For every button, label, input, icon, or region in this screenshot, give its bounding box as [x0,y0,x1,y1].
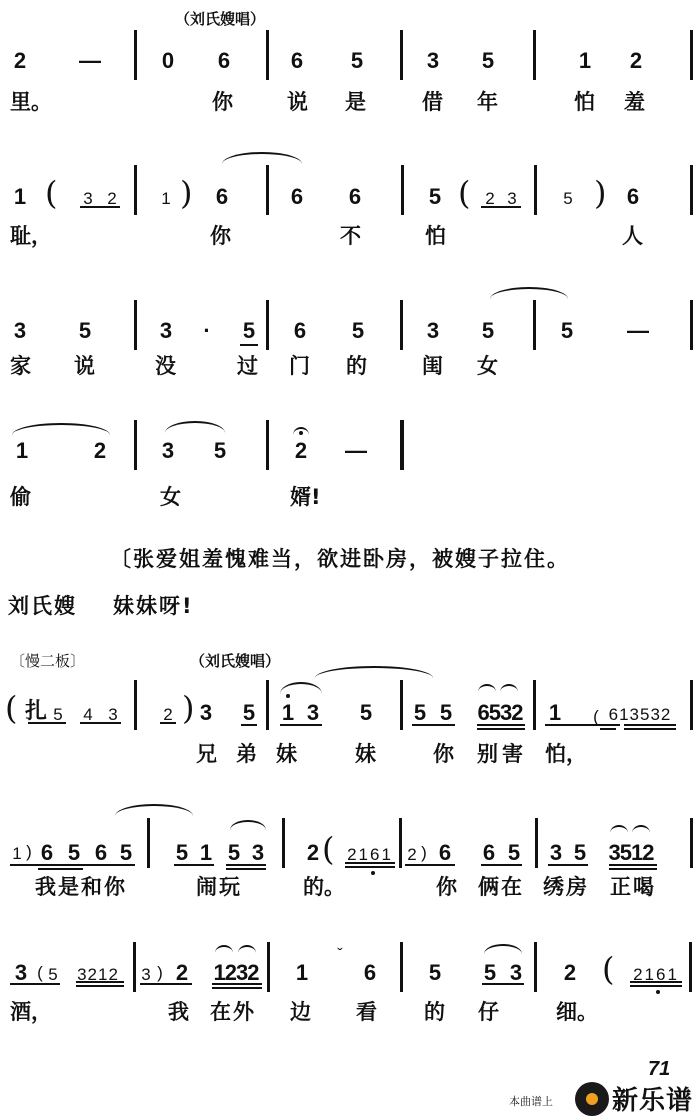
lyric: 妹 [355,742,376,766]
note: 2 [176,962,188,984]
slur [165,421,225,433]
note: 3 [427,50,439,72]
paren-close: ) [182,692,194,724]
lyric: 怕 [425,224,446,248]
note: 2 [307,842,319,864]
note: 6 [95,842,107,864]
note: 6 [294,320,306,342]
underline [630,981,682,983]
note: 5 [243,702,255,724]
source-note: 本曲谱上 [509,1093,553,1109]
note: 1 [296,962,308,984]
barline [266,420,269,470]
barline [401,165,404,215]
lyric: 没 [155,354,176,378]
site-logo-text: 新乐谱 [612,1080,693,1117]
octave-dot [286,694,290,698]
note: 5 [243,320,255,342]
lyric: 妹 [276,742,297,766]
barline [689,942,692,992]
underline [481,864,522,866]
barline [134,680,137,730]
note-group: 6532 [478,702,523,724]
note: 5 [352,320,364,342]
slur [490,287,568,299]
barline [133,942,136,992]
lyric: 正喝 [610,875,656,899]
singer-cue: （刘氏嫂唱） [190,650,280,671]
note: 5 [574,842,586,864]
lyric: 的。 [303,875,345,899]
note: 2 [14,50,26,72]
barline [690,818,693,868]
paren-open: ( [37,962,43,984]
note-group: 1232 [214,962,259,984]
note: 5 [440,702,452,724]
slur [500,684,518,692]
barline [400,300,403,350]
note: 6 [216,186,228,208]
note: 1 [579,50,591,72]
underline [477,728,525,730]
paren-close: ) [594,177,606,209]
slur [280,682,322,694]
note: 6 [291,186,303,208]
underline [345,866,395,868]
note: 6 [349,186,361,208]
lyric: 家 [10,354,31,378]
note: 5 [176,842,188,864]
note: 3 [510,962,522,984]
lyric: 你 [436,875,457,899]
slur [230,820,266,830]
lyric: 别 [477,742,498,766]
barline [690,30,693,80]
note-fermata: 2 [295,440,307,462]
underline [76,985,124,987]
underline [212,983,262,985]
slur [478,684,496,692]
lyric: 说 [74,354,95,378]
underline [80,206,120,208]
underline [548,864,588,866]
underline [140,983,192,985]
lyric: 说 [287,90,308,114]
barline [282,818,285,868]
paren-close: ) [157,962,163,984]
barline [533,300,536,350]
vinyl-disc-icon [575,1082,609,1116]
zha-syllable: 扎 [25,700,47,722]
barline [400,942,403,992]
note: 5 [414,702,426,724]
paren-close: ) [180,177,192,209]
barline [535,818,538,868]
lyric: 女 [477,354,498,378]
note: 1 [16,440,28,462]
note-group: 613532 [609,704,672,726]
lyric: 你 [433,742,454,766]
lyric: 细。 [556,1000,598,1024]
barline [690,165,693,215]
underline [624,724,676,726]
underline [482,983,524,985]
lyric: 人 [622,224,643,248]
note: 6 [218,50,230,72]
barline [690,680,693,730]
note: 1 [161,188,170,210]
stage-direction: 〔张爱姐羞愧难当，欲进卧房，被嫂子拉住。 [110,543,570,573]
lyric: 闺 [422,354,443,378]
note-dash: — [627,320,649,342]
lyric: 门 [289,354,310,378]
lyric: 你 [210,224,231,248]
lyric: 不 [340,224,361,248]
underline [609,864,657,866]
breath-mark: ˇ [337,944,343,966]
slur [222,152,302,164]
slur [215,945,233,953]
lyric: 边 [290,1000,311,1024]
underline [412,724,455,726]
lyric: 年 [477,90,498,114]
slur [484,944,522,954]
lyric: 借 [422,90,443,114]
underline [345,862,395,864]
underline [241,724,257,726]
barline [266,30,269,80]
singer-cue: （刘氏嫂唱） [175,8,265,29]
barline [266,165,269,215]
barline [534,942,537,992]
underline [226,868,266,870]
barline [399,818,402,868]
paren-open: ( [458,177,470,209]
note: 1 [549,702,561,724]
note: 3 [15,962,27,984]
underline [10,864,135,866]
note: 3 [14,320,26,342]
underline [80,722,121,724]
page-number: 71 [648,1058,670,1081]
underline [477,724,525,726]
note: 3 [307,702,319,724]
underline [28,722,66,724]
fermata-dot [299,431,303,435]
slur [12,423,110,435]
underline [481,206,521,208]
lyric: 我是和你 [35,875,127,899]
paren-open: ( [5,692,17,724]
underline [609,868,657,870]
paren-open: ( [593,706,599,728]
note: 5 [563,188,572,210]
note: 6 [364,962,376,984]
tempo-marking: 〔慢二板〕 [10,650,85,671]
underline [76,981,124,983]
note: 3 [162,440,174,462]
lyric: 酒， [10,1000,52,1024]
note: 6 [291,50,303,72]
lyric: 里。 [10,90,52,114]
speaker-name: 刘氏嫂 [8,590,77,620]
paren-open: ( [322,833,334,865]
paren-close: ) [421,842,427,864]
barline [266,680,269,730]
barline [134,165,137,215]
note: 1 [12,843,21,865]
spoken-text: 妹妹呀! [113,590,194,620]
barline [134,30,137,80]
slur [610,825,628,833]
lyric: 过 [237,354,258,378]
underline [600,728,616,730]
paren-open: ( [602,953,614,985]
lyric: 仔 [478,1000,499,1024]
note: 1 [14,186,26,208]
note: 2 [94,440,106,462]
note-dot: · [203,320,210,342]
note: 2 [630,50,642,72]
note: 5 [484,962,496,984]
note: 3 [160,320,172,342]
underline [600,724,620,726]
lyric: 的 [346,354,367,378]
barline [267,942,270,992]
underline [160,722,176,724]
slur [632,825,650,833]
barline [134,300,137,350]
note: 5 [360,702,372,724]
lyric: 你 [212,90,233,114]
note: 3 [550,842,562,864]
note: 3 [427,320,439,342]
barline [400,680,403,730]
note: 6 [439,842,451,864]
paren-open: ( [45,177,57,209]
note: 2 [407,844,416,866]
lyric: 害 [502,742,523,766]
note-dash: — [79,50,101,72]
note: 3 [200,702,212,724]
lyric: 俩在 [478,875,524,899]
lyric: 的 [424,1000,445,1024]
note: 6 [627,186,639,208]
underline [38,868,83,870]
low-octave-dot [371,871,375,875]
note-high: 1 [282,702,294,724]
barline [400,30,403,80]
note: 2 [564,962,576,984]
note: 5 [482,320,494,342]
note-group: 3512 [609,842,654,864]
underline [624,728,676,730]
note: 1 [200,842,212,864]
note: 5 [351,50,363,72]
lyric: 婿! [290,485,321,509]
note: 3 [252,842,264,864]
paren-close: ) [26,841,32,863]
barline [690,300,693,350]
barline [147,818,150,868]
barline [534,165,537,215]
note: 5 [68,842,80,864]
barline [266,300,269,350]
barline [533,30,536,80]
note: 5 [79,320,91,342]
low-octave-dot [656,990,660,994]
underline [226,864,266,866]
lyric: 我 [168,1000,189,1024]
note: 5 [429,962,441,984]
lyric: 耻， [10,224,52,248]
note: 5 [214,440,226,462]
note: 5 [120,842,132,864]
underline [240,344,258,346]
note: 5 [508,842,520,864]
lyric: 怕 [574,90,595,114]
barline [134,420,137,470]
underline [280,724,322,726]
lyric: 看 [356,1000,377,1024]
final-barline [400,420,404,470]
note: 6 [483,842,495,864]
lyric: 绣房 [543,875,589,899]
lyric: 羞 [624,90,645,114]
lyric: 在外 [210,1000,256,1024]
underline [630,985,682,987]
lyric: 弟 [236,742,257,766]
barline [533,680,536,730]
lyric: 偷 [10,485,31,509]
slur [115,804,193,816]
underline [212,987,262,989]
lyric: 怕， [545,742,587,766]
lyric: 兄 [196,742,217,766]
note: 6 [41,842,53,864]
underline [10,983,60,985]
note: 5 [429,186,441,208]
lyric: 女 [160,485,181,509]
underline [405,864,455,866]
slur [315,666,433,678]
note: 5 [561,320,573,342]
note: 0 [162,50,174,72]
note: 5 [482,50,494,72]
note: 5 [228,842,240,864]
note-dash: — [345,440,367,462]
underline [174,864,214,866]
slur [238,945,256,953]
lyric: 是 [345,90,366,114]
lyric: 闹玩 [196,875,242,899]
